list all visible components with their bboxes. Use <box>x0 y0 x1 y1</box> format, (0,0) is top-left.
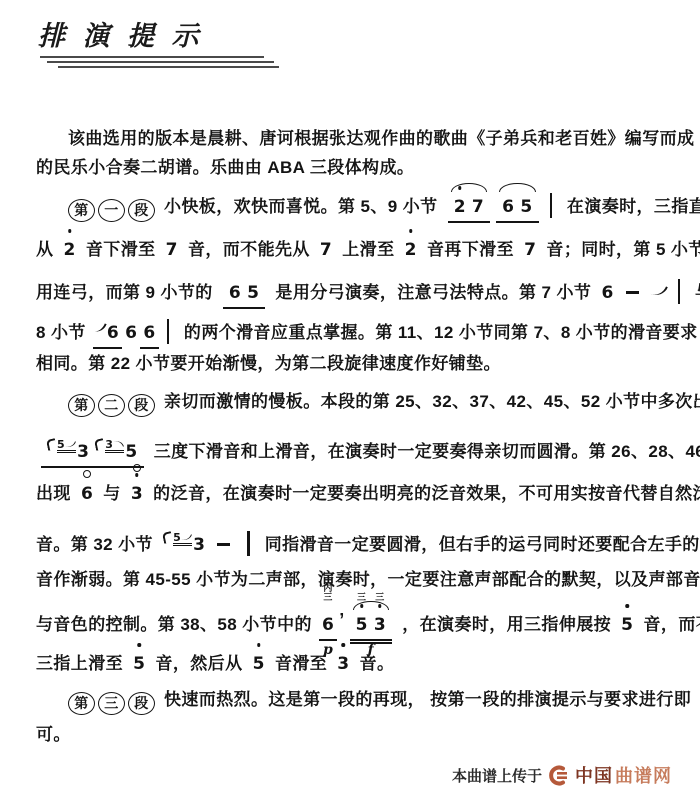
text-run: 音，然后从 <box>150 654 247 673</box>
note-digit: 3 <box>131 484 143 504</box>
text-run: 音。第 32 小节 <box>36 535 158 554</box>
text-run: 该曲选用的版本是晨耕、唐诃根据张达观作曲的歌曲《子弟兵和老百姓》编写而成 <box>68 129 694 148</box>
note-digit: 6 <box>229 283 241 303</box>
section-badge-char: 二 <box>98 394 125 417</box>
note-digit: 6 <box>143 323 155 343</box>
jianpu-notation: 5 <box>130 651 148 677</box>
text-run: 音作渐弱。第 45-55 小节为二声部，演奏时，一定要注意声部配合的默契，以及声… <box>36 570 700 589</box>
note: 6 <box>598 280 616 306</box>
note: 2 <box>451 194 469 220</box>
document-page: 排 演 提 示 该曲选用的版本是晨耕、唐诃根据张达观作曲的歌曲《子弟兵和老百姓》… <box>0 0 700 796</box>
jianpu-notation: 7 <box>163 237 181 263</box>
note-digit: 3 <box>374 615 386 635</box>
jianpu-notation: 3 <box>128 481 146 507</box>
note-digit: 7 <box>320 240 332 260</box>
text-line: 三指上滑至 5 音，然后从 5 音滑至 3 音。 <box>36 651 676 677</box>
grace-digit: 3 <box>105 438 113 451</box>
text-run: 音。 <box>355 654 395 673</box>
site-logo-icon <box>548 765 569 786</box>
section-badge: 第二段 <box>68 389 158 417</box>
note: 6内三p <box>319 612 337 641</box>
text-run: 可。 <box>36 725 71 744</box>
title-underline <box>47 61 274 63</box>
section-badge-char: 段 <box>128 394 155 417</box>
text-run: 音，而不能先从 <box>183 240 315 259</box>
octave-dot <box>68 229 72 233</box>
site-name-light: 曲谱网 <box>615 762 672 788</box>
harmonic-circle <box>133 464 141 472</box>
octave-dot <box>378 604 382 608</box>
text-line: 从 2 音下滑至 7 音，而不能先从 7 上滑至 2 音再下滑至 7 音；同时，… <box>36 237 676 266</box>
octave-dot <box>135 473 139 477</box>
note: 6 <box>122 320 140 346</box>
grace-slide-icon <box>65 439 76 449</box>
text-run: 音，而不是用 <box>638 615 700 634</box>
jianpu-notation: 65 <box>220 280 268 309</box>
barline <box>167 319 169 344</box>
site-name-strong: 中国 <box>575 762 613 788</box>
section-badge: 第一段 <box>68 194 158 222</box>
text-run: 三指上滑至 <box>36 654 128 673</box>
jianpu-notation: 5 <box>618 612 636 638</box>
slide-down-mark <box>650 282 668 299</box>
text-run: 亲切而激情的慢板。本段的第 25、32、37、42、45、52 小节中多次出现 <box>164 392 700 411</box>
note: 35 <box>92 439 140 465</box>
grace-note: 5 <box>57 439 76 453</box>
octave-dot <box>137 643 141 647</box>
note-digit: 3 <box>193 535 205 555</box>
text-run: 同指滑音一定要圆滑，但右手的运弓同时还要配合左手的滑 <box>260 535 700 554</box>
note: 2 <box>61 237 79 263</box>
text-run: 出现 <box>36 484 76 503</box>
slide-hook-icon <box>46 438 57 451</box>
jianpu-notation: 53 <box>160 531 257 558</box>
jianpu-notation: 2 <box>402 237 420 263</box>
note: 3三 <box>371 612 389 638</box>
note: 3 <box>128 481 146 507</box>
note: 7 <box>317 237 335 263</box>
section-badge-char: 三 <box>98 692 125 715</box>
text-line: 的民乐小合奏二胡谱。乐曲由 ABA 三段体构成。 <box>36 155 676 181</box>
text-line: 8 小节 666 的两个滑音应重点掌握。第 11、12 小节同第 7、8 小节的… <box>36 319 676 349</box>
jianpu-notation: 7 <box>317 237 335 263</box>
note: 6 <box>78 481 96 507</box>
section-badge: 第三段 <box>68 687 158 715</box>
text-run: 与第 <box>690 283 700 302</box>
jianpu-notation: 2 <box>61 237 79 263</box>
note-digit: 5 <box>621 615 633 635</box>
note-digit: 6 <box>125 323 137 343</box>
page-title: 排 演 提 示 <box>38 14 204 53</box>
text-run: 音再下滑至 <box>422 240 519 259</box>
grace-digit: 5 <box>173 531 181 544</box>
note-digit: 7 <box>166 240 178 260</box>
octave-dot <box>257 643 261 647</box>
finger-label: 三 <box>375 594 384 603</box>
note-digit: 2 <box>64 240 76 260</box>
jianpu-notation: 666 <box>93 319 177 349</box>
breath-mark: ’ <box>339 610 344 630</box>
note-group: 5三3三f <box>350 612 392 641</box>
text-run: 的民乐小合奏二胡谱。乐曲由 ABA 三段体构成。 <box>36 158 414 177</box>
text-line: 相同。第 22 小节要开始渐慢，为第二段旋律速度作好铺垫。 <box>36 351 676 377</box>
note-digit: 6 <box>81 484 93 504</box>
note-digit: 6 <box>322 615 334 635</box>
site-name: 中国 曲谱网 <box>575 762 672 788</box>
text-run: 小快板，欢快而喜悦。第 5、9 小节 <box>164 197 443 216</box>
grace-note: 5 <box>173 532 192 546</box>
note: 53 <box>160 532 208 558</box>
finger-label: 内三 <box>323 585 332 603</box>
jianpu-notation: 2765 <box>445 193 560 223</box>
dash-note <box>217 543 230 546</box>
text-run: 音；同时，第 5 小节的 <box>541 240 700 259</box>
grace-note: 3 <box>105 439 124 453</box>
text-line: 第二段亲切而激情的慢板。本段的第 25、32、37、42、45、52 小节中多次… <box>36 389 700 417</box>
dash-note <box>626 291 639 294</box>
text-run: 是用分弓演奏，注意弓法特点。第 7 小节 <box>270 283 596 302</box>
note-group: 5335 <box>41 439 144 468</box>
barline <box>550 193 552 218</box>
text-run: 的两个滑音应重点掌握。第 11、12 小节同第 7、8 小节的滑音要求 <box>179 323 698 342</box>
jianpu-notation: 7 <box>521 237 539 263</box>
note: 5三 <box>353 612 371 638</box>
note-digit: 5 <box>520 197 532 217</box>
section-badge-char: 段 <box>128 692 155 715</box>
text-run: 与 <box>98 484 126 503</box>
note: 6 <box>499 194 517 220</box>
note-digit: 6 <box>502 197 514 217</box>
section-badge-char: 一 <box>98 199 125 222</box>
note: 6 <box>140 320 158 349</box>
title-underline <box>40 56 264 58</box>
note-group: 65 <box>496 194 538 223</box>
slide-up-icon <box>94 321 106 335</box>
text-line: 可。 <box>36 722 676 748</box>
text-line: 用连弓，而第 9 小节的 65 是用分弓演奏，注意弓法特点。第 7 小节 6 与… <box>36 279 676 309</box>
section-badge-char: 第 <box>68 692 95 715</box>
upload-credit-text: 本曲谱上传于 <box>452 765 542 786</box>
note-digit: 7 <box>472 197 484 217</box>
note-group: 65 <box>223 280 265 309</box>
text-run: 快速而热烈。这是第一段的再现， 按第一段的排演提示与要求进行即 <box>164 690 691 709</box>
note-digit: 5 <box>247 283 259 303</box>
grace-slide-icon <box>113 439 124 449</box>
text-run: 与音色的控制。第 38、58 小节中的 <box>36 615 317 634</box>
text-run: 三度下滑音和上滑音，在演奏时一定要奏得亲切而圆滑。第 26、28、46、48 小… <box>149 442 700 461</box>
text-line: 第一段小快板，欢快而喜悦。第 5、9 小节 2765 在演奏时，三指直接 <box>36 193 700 223</box>
text-run: 用连弓，而第 9 小节的 <box>36 283 218 302</box>
text-line: 该曲选用的版本是晨耕、唐诃根据张达观作曲的歌曲《子弟兵和老百姓》编写而成 <box>36 126 700 152</box>
section-badge-char: 第 <box>68 394 95 417</box>
note: 53 <box>44 439 92 465</box>
grace-digit: 5 <box>57 438 65 451</box>
footer: 本曲谱上传于 中国 曲谱网 <box>452 762 672 788</box>
note-digit: 6 <box>107 323 119 343</box>
jianpu-notation: 5335 <box>38 439 147 468</box>
note: 7 <box>163 237 181 263</box>
text-run: 音下滑至 <box>81 240 161 259</box>
note: 3 <box>334 651 352 677</box>
note-digit: 2 <box>405 240 417 260</box>
text-run: 8 小节 <box>36 323 91 342</box>
finger-label: 三 <box>357 594 366 603</box>
jianpu-notation: 6 <box>78 481 96 507</box>
note-digit: 7 <box>524 240 536 260</box>
text-line: 音。第 32 小节 53 同指滑音一定要圆滑，但右手的运弓同时还要配合左手的滑 <box>36 531 676 558</box>
slide-hook-icon <box>162 531 173 544</box>
text-run: ，在演奏时，用三指伸展按 <box>397 615 616 634</box>
note-digit: 5 <box>125 442 137 462</box>
note: 6 <box>93 320 122 349</box>
barline <box>247 531 249 556</box>
note-digit: 6 <box>601 283 613 303</box>
octave-dot <box>626 604 630 608</box>
text-line: 与音色的控制。第 38、58 小节中的 6内三p’5三3三f ，在演奏时，用三指… <box>36 607 676 641</box>
text-line: 5335 三度下滑音和上滑音，在演奏时一定要奏得亲切而圆滑。第 26、28、46… <box>36 439 676 468</box>
note: 7 <box>469 194 487 220</box>
title-underline <box>58 66 279 68</box>
note-digit: 3 <box>337 654 349 674</box>
note-digit: 5 <box>253 654 265 674</box>
text-run: 从 <box>36 240 59 259</box>
jianpu-notation: 3 <box>334 651 352 677</box>
section-badge-char: 第 <box>68 199 95 222</box>
note: 5 <box>618 612 636 638</box>
jianpu-notation: 6 <box>598 279 687 306</box>
octave-dot <box>409 229 413 233</box>
text-line: 音作渐弱。第 45-55 小节为二声部，演奏时，一定要注意声部配合的默契，以及声… <box>36 567 676 593</box>
note-digit: 5 <box>133 654 145 674</box>
octave-dot <box>342 643 346 647</box>
octave-dot <box>360 604 364 608</box>
text-line: 出现 6 与 3 的泛音，在演奏时一定要奏出明亮的泛音效果，不可用实按音代替自然… <box>36 481 676 507</box>
note: 5 <box>244 280 262 306</box>
note-digit: 2 <box>454 197 466 217</box>
text-line: 第三段快速而热烈。这是第一段的再现， 按第一段的排演提示与要求进行即 <box>36 687 700 715</box>
grace-slide-icon <box>181 532 192 542</box>
note-group: 27 <box>448 194 490 223</box>
note: 6 <box>226 280 244 306</box>
text-run: 音滑至 <box>270 654 332 673</box>
jianpu-notation: 6内三p’5三3三f <box>319 607 395 641</box>
jianpu-notation: 5 <box>250 651 268 677</box>
harmonic-circle <box>83 470 91 478</box>
section-badge-char: 段 <box>128 199 155 222</box>
note-digit: 3 <box>77 442 89 462</box>
text-run: 相同。第 22 小节要开始渐慢，为第二段旋律速度作好铺垫。 <box>36 354 501 373</box>
note-digit: 5 <box>356 615 368 635</box>
note: 5 <box>517 194 535 220</box>
text-run: 的泛音，在演奏时一定要奏出明亮的泛音效果，不可用实按音代替自然泛 <box>148 484 700 503</box>
note: 5 <box>130 651 148 677</box>
note: 5 <box>250 651 268 677</box>
text-run: 上滑至 <box>337 240 399 259</box>
barline <box>678 279 680 304</box>
note: 2 <box>402 237 420 263</box>
octave-dot <box>458 186 462 190</box>
text-run: 在演奏时，三指直接 <box>562 197 700 216</box>
note: 7 <box>521 237 539 263</box>
slide-hook-icon <box>94 438 105 451</box>
